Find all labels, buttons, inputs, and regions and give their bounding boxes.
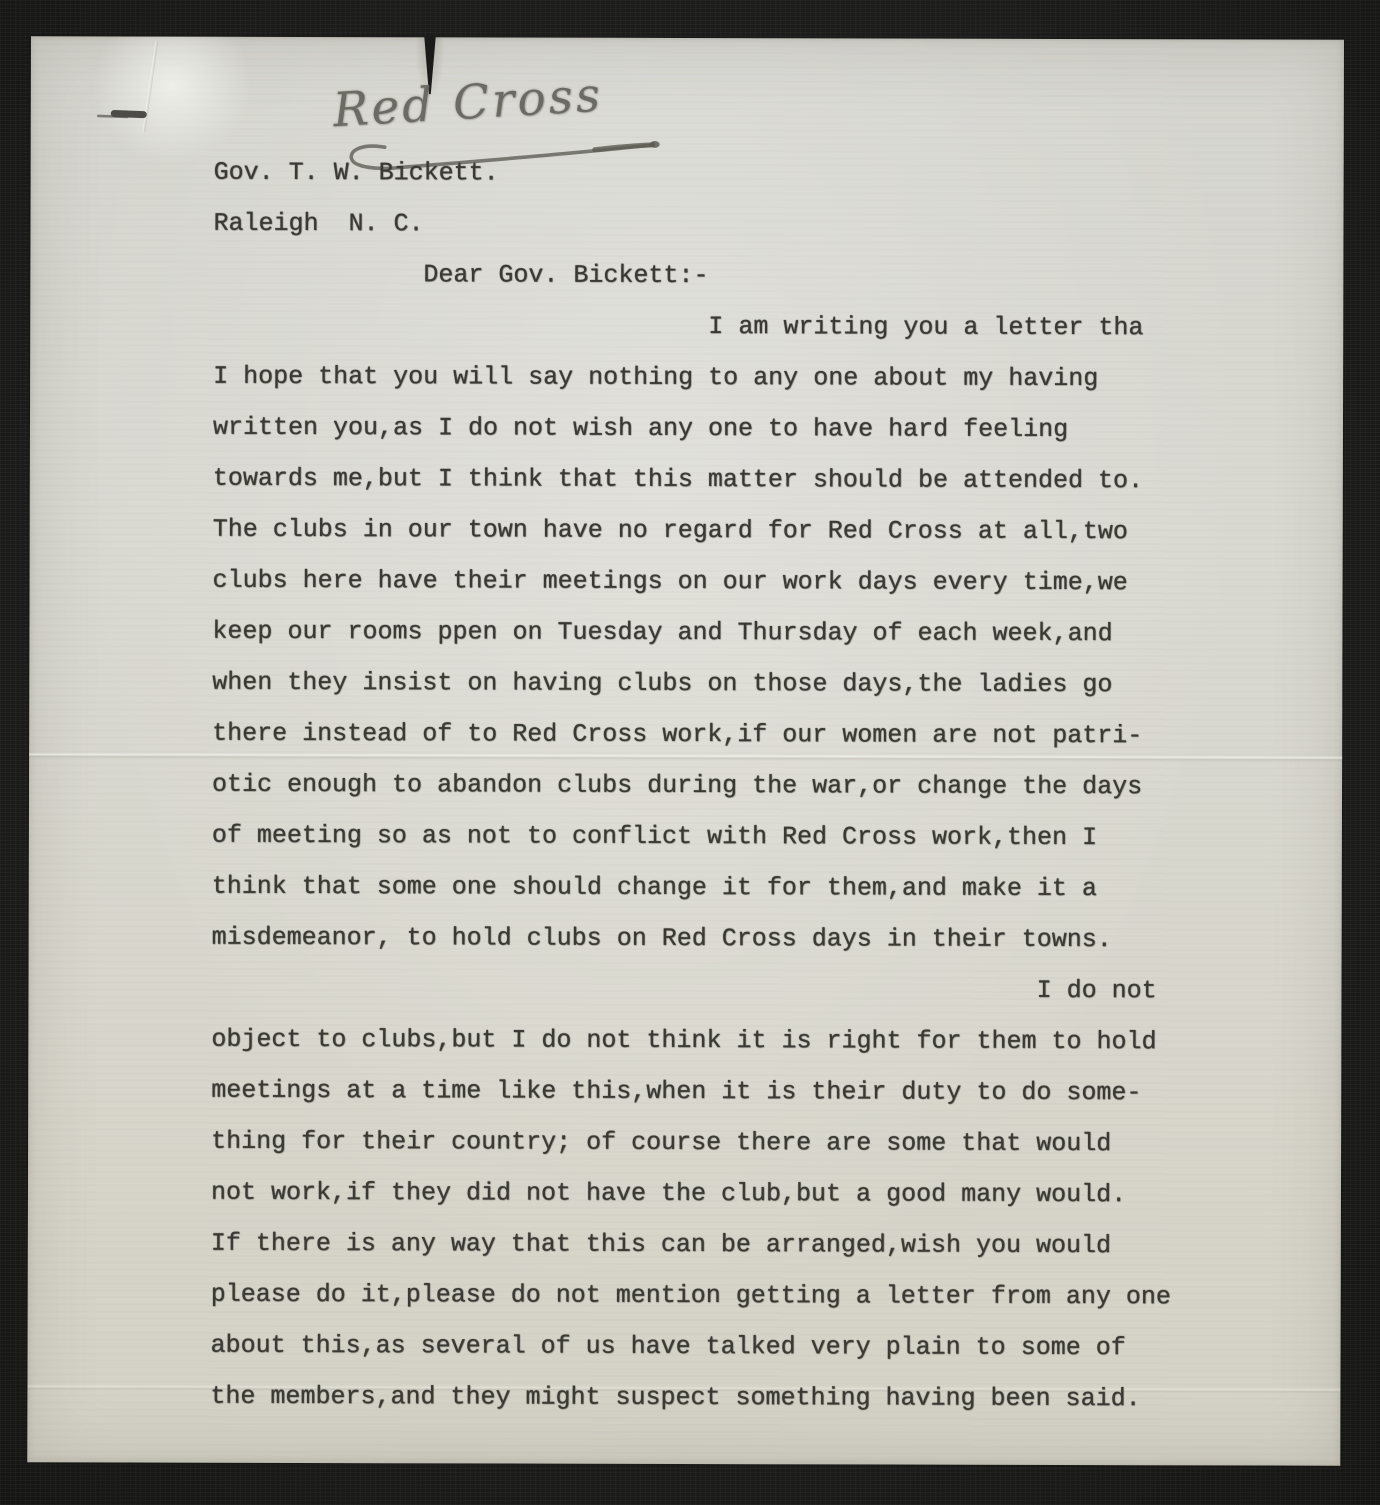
typed-line: Gov. T. W. Bickett.	[214, 147, 1328, 201]
typed-line: object to clubs,but I do not think it is…	[211, 1014, 1325, 1068]
typed-line: keep our rooms ppen on Tuesday and Thurs…	[212, 606, 1326, 660]
typed-line: If there is any way that this can be arr…	[211, 1218, 1325, 1272]
typed-line: of meeting so as not to conflict with Re…	[212, 810, 1326, 864]
typed-line: Raleigh N. C.	[213, 198, 1327, 252]
typed-line: I hope that you will say nothing to any …	[213, 351, 1327, 405]
typed-line: I do not	[211, 963, 1325, 1017]
typed-line: not work,if they did not have the club,b…	[211, 1167, 1325, 1221]
typed-line: please do it,please do not mention getti…	[211, 1269, 1325, 1323]
typed-line: think that some one should change it for…	[212, 861, 1326, 915]
typed-line: when they insist on having clubs on thos…	[212, 657, 1326, 711]
typed-line: The clubs in our town have no regard for…	[213, 504, 1327, 558]
typed-line: otic enough to abandon clubs during the …	[212, 759, 1326, 813]
typed-line: written you,as I do not wish any one to …	[213, 402, 1327, 456]
typed-line: misdemeanor, to hold clubs on Red Cross …	[212, 912, 1326, 966]
typed-line: about this,as several of us have talked …	[211, 1320, 1325, 1374]
scan-background: Red Cross Gov. T. W. Bickett.Raleigh N. …	[0, 0, 1380, 1505]
typed-line: I am writing you a letter tha	[213, 300, 1327, 354]
typed-line: meetings at a time like this,when it is …	[211, 1065, 1325, 1119]
typed-line: towards me,but I think that this matter …	[213, 453, 1327, 507]
typed-line: the members,and they might suspect somet…	[210, 1371, 1324, 1425]
pencil-mark	[111, 110, 147, 118]
typed-line: there instead of to Red Cross work,if ou…	[212, 708, 1326, 762]
typed-line: thing for their country; of course there…	[211, 1116, 1325, 1170]
handwritten-annotation: Red Cross	[331, 68, 604, 139]
typed-line: clubs here have their meetings on our wo…	[213, 555, 1327, 609]
letter-body: Gov. T. W. Bickett.Raleigh N. C. Dear Go…	[210, 147, 1327, 1456]
typed-line: Dear Gov. Bickett:-	[213, 249, 1327, 303]
letter-page: Red Cross Gov. T. W. Bickett.Raleigh N. …	[27, 36, 1344, 1465]
